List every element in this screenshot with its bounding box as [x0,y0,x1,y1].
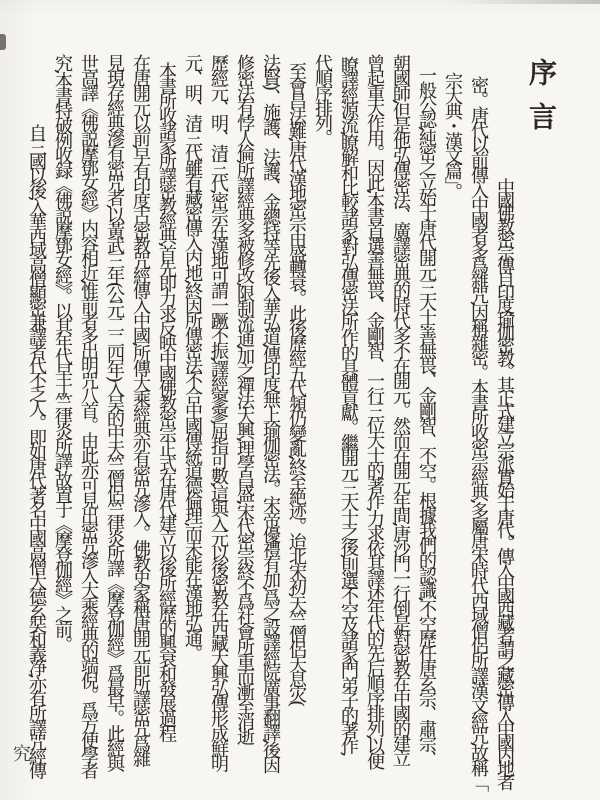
book-page: 序言 中國佛教密宗傳自印度瑜伽密教。其正式建立宗派實始于唐代。傳入中國西藏者謂之… [0,0,600,800]
text-column: 宗大典・漢文篇」。 [439,72,465,198]
text-column: 究,本書特破例收録《佛説摩鄧女經》。以其年代早于竺律炎所譯,故置于《摩登伽經》之… [49,54,75,650]
text-column: 至會昌法難,唐代漢地密宗由盛轉衰。此後歷經五代頻仍變亂,終至絶迹。迨北宋初,天竺… [283,62,309,704]
text-column: 在唐開元以前,早有印度古密教咒經傳入中國,所傳大乘經典亦有密咒滲入。佛教史家稱唐… [127,54,153,764]
text-column: 密。唐代以前傳入中國者多爲雜咒,因稱雜密。本書所收密宗經典,多屬唐宋時代西域僧侶… [465,76,491,789]
text-column: 見現存經典滲有密咒者,以黃武三年(公元二二四年)入吴的中天竺僧侶竺律炎所譯《摩登… [101,54,127,770]
text-column: 法賢)、施護、法護、金總持等先後入華弘道,傳印度無上瑜伽密法。宋帝優禮有加,爲之… [257,54,283,771]
partial-column-fragment: 究 [7,744,33,759]
text-column: 中國佛教密宗傳自印度瑜伽密教。其正式建立宗派實始于唐代。傳入中國西藏者謂之藏密,… [491,178,517,786]
text-column: 自三國以後,入華西域高僧顯密兼譯者代不乏人。即如唐代著名中國高僧大德玄奘和義净,… [23,124,49,776]
text-column: 一般公認,純密之立始于唐代開元三大士:善無畏、金剛智、不空。根據我們的認識,不空… [413,66,439,765]
text-column: 歷經元、明、清三代,密宗在漢地可謂一蹶不振,譯經寥寥,屈指可數,這與入元以後密教… [205,54,231,770]
text-column: 本書所收諸家所譯密教經典,首先即力求反映中國佛教密宗正式在唐代建立以後所經歷的興… [153,62,179,740]
text-columns: 中國佛教密宗傳自印度瑜伽密教。其正式建立宗派實始于唐代。傳入中國西藏者謂之藏密,… [0,0,600,800]
text-column: 曾起重大作用。因此,本書首選善無畏、金剛智、一行三位大士的著作,力求依其譯述年代… [361,54,387,767]
text-column: 修密法有悖人倫,所譯經典多被修改,限制流通,加之禪法大興,理學昌盛,宋代密宗終不… [231,54,257,743]
text-column: 朝國師,但是他弘傳密法、廣譯密典的時代多不在開元。然而在開元年間,唐沙門一行倒是… [387,54,413,764]
text-column: 世高譯《佛説摩鄧女經》内容相近,惟前者多出明咒八首。由此亦可見出密咒滲入大乘經典… [75,54,101,777]
text-column: 元、明、清三代雖有藏密傳入内地,終因所傳密法不合中國傳統道德倫理,而未能在漢地弘… [179,54,205,659]
text-column: 瞭譯經源流,瞭解和比較諸家對弘傳密法所作的具體貢獻。繼開元三大士之後,則選不空及… [335,56,361,754]
text-column: 代順序排列。 [309,54,335,144]
